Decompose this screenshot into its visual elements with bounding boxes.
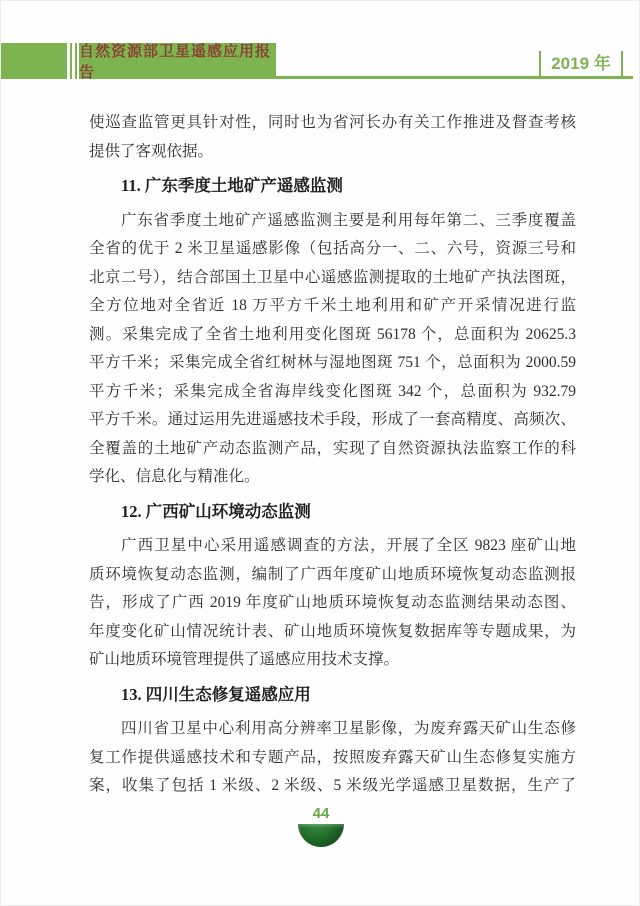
header-horizontal-rule <box>276 76 633 79</box>
text-line: 平方千米。通过运用先进遥感技术手段，形成了一套高精度、高频次、 <box>89 406 576 435</box>
section-heading-11: 11. 广东季度土地矿产遥感监测 <box>89 172 576 201</box>
report-page: 自然资源部卫星遥感应用报告 2019 年 使巡查监管更具针对性，同时也为省河长办… <box>0 0 640 906</box>
report-title: 自然资源部卫星遥感应用报告 <box>79 40 276 82</box>
text-line: 案，收集了包括 1 米级、2 米级、5 米级光学遥感卫星数据，生产了 <box>89 772 576 801</box>
header-vertical-rule-1 <box>70 43 72 79</box>
text-line: 年度变化矿山情况统计表、矿山地质环境恢复数据库等专题成果，为 <box>89 618 576 647</box>
page-header: 自然资源部卫星遥感应用报告 2019 年 <box>1 43 640 79</box>
year-right-rule <box>621 51 623 78</box>
section-heading-12: 12. 广西矿山环境动态监测 <box>89 498 576 527</box>
text-line: 平方千米；采集完成全省海岸线变化图斑 342 个，总面积为 932.79 <box>89 378 576 407</box>
text-line: 广西卫星中心采用遥感调查的方法，开展了全区 9823 座矿山地 <box>89 532 576 561</box>
text-line: 提供了客观依据。 <box>89 138 576 167</box>
text-line: 告，形成了广西 2019 年度矿山地质环境恢复动态监测结果动态图、 <box>89 589 576 618</box>
text-line: 广东省季度土地矿产遥感监测主要是利用每年第二、三季度覆盖 <box>89 207 576 236</box>
text-line: 全方位地对全省近 18 万平方千米土地利用和矿产开采情况进行监 <box>89 292 576 321</box>
page-footer: 44 <box>1 805 640 847</box>
text-line: 测。采集完成了全省土地利用变化图斑 56178 个，总面积为 20625.3 <box>89 321 576 350</box>
text-line: 复工作提供遥感技术和专题产品，按照废弃露天矿山生态修复实施方 <box>89 744 576 773</box>
text-line: 全省的优于 2 米卫星遥感影像（包括高分一、二、六号，资源三号和 <box>89 235 576 264</box>
text-line: 平方千米；采集完成全省红树林与湿地图斑 751 个，总面积为 2000.59 <box>89 349 576 378</box>
earth-globe-icon <box>298 824 344 847</box>
text-line: 北京二号），结合部国土卫星中心遥感监测提取的土地矿产执法图斑， <box>89 264 576 293</box>
header-left-green-block <box>1 43 67 79</box>
text-line: 学化、信息化与精准化。 <box>89 463 576 492</box>
text-line: 四川省卫星中心利用高分辨率卫星影像，为废弃露天矿山生态修 <box>89 715 576 744</box>
page-body: 使巡查监管更具针对性，同时也为省河长办有关工作推进及督查考核 提供了客观依据。 … <box>89 109 576 801</box>
header-year-label: 2019 年 <box>541 49 621 74</box>
text-line: 质环境恢复动态监测，编制了广西年度矿山地质环境恢复动态监测报 <box>89 561 576 590</box>
section-heading-13: 13. 四川生态修复遥感应用 <box>89 681 576 710</box>
header-vertical-rule-2 <box>75 43 77 79</box>
report-title-box: 自然资源部卫星遥感应用报告 <box>79 43 276 79</box>
text-line: 矿山地质环境管理提供了遥感应用技术支撑。 <box>89 646 576 675</box>
page-number: 44 <box>1 805 640 823</box>
text-line: 全覆盖的土地矿产动态监测产品，实现了自然资源执法监察工作的科 <box>89 435 576 464</box>
text-line: 使巡查监管更具针对性，同时也为省河长办有关工作推进及督查考核 <box>89 109 576 138</box>
